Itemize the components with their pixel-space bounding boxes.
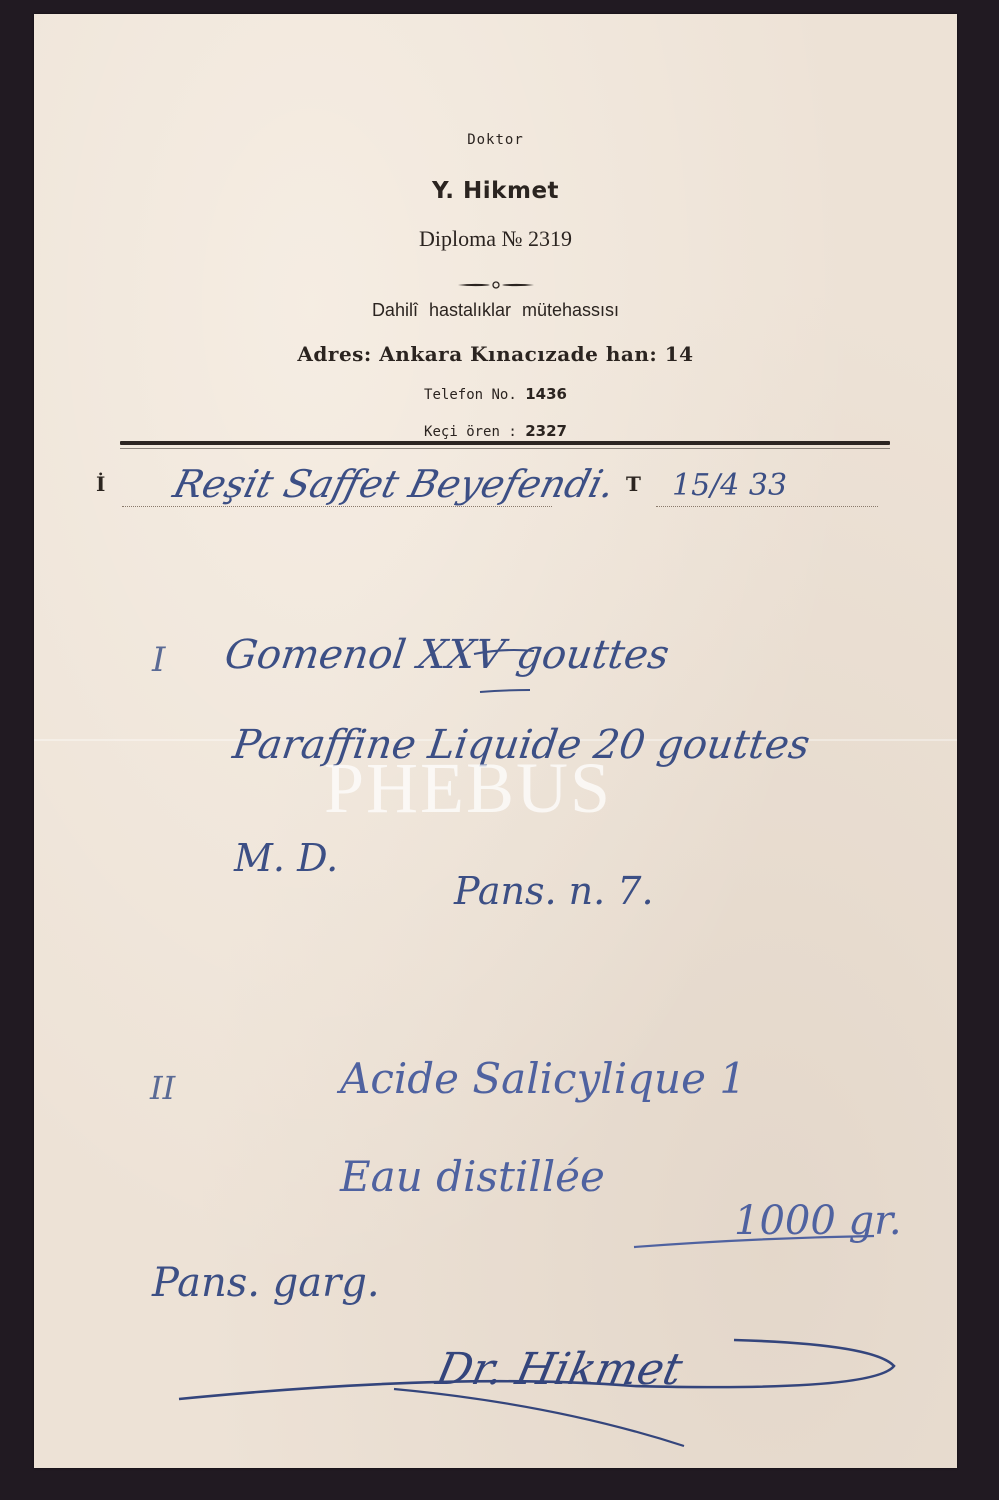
pen-strokes <box>34 14 957 1468</box>
signature-underline <box>394 1389 684 1446</box>
xxv-underline <box>480 690 530 692</box>
prescription-paper: Doktor Y. Hikmet Diploma № 2319 Dahilî h… <box>34 14 957 1468</box>
signature-flourish <box>179 1340 894 1399</box>
watermark: PHEBUS <box>324 747 612 830</box>
quantity-underline <box>634 1236 874 1247</box>
xxv-overline <box>474 650 534 654</box>
